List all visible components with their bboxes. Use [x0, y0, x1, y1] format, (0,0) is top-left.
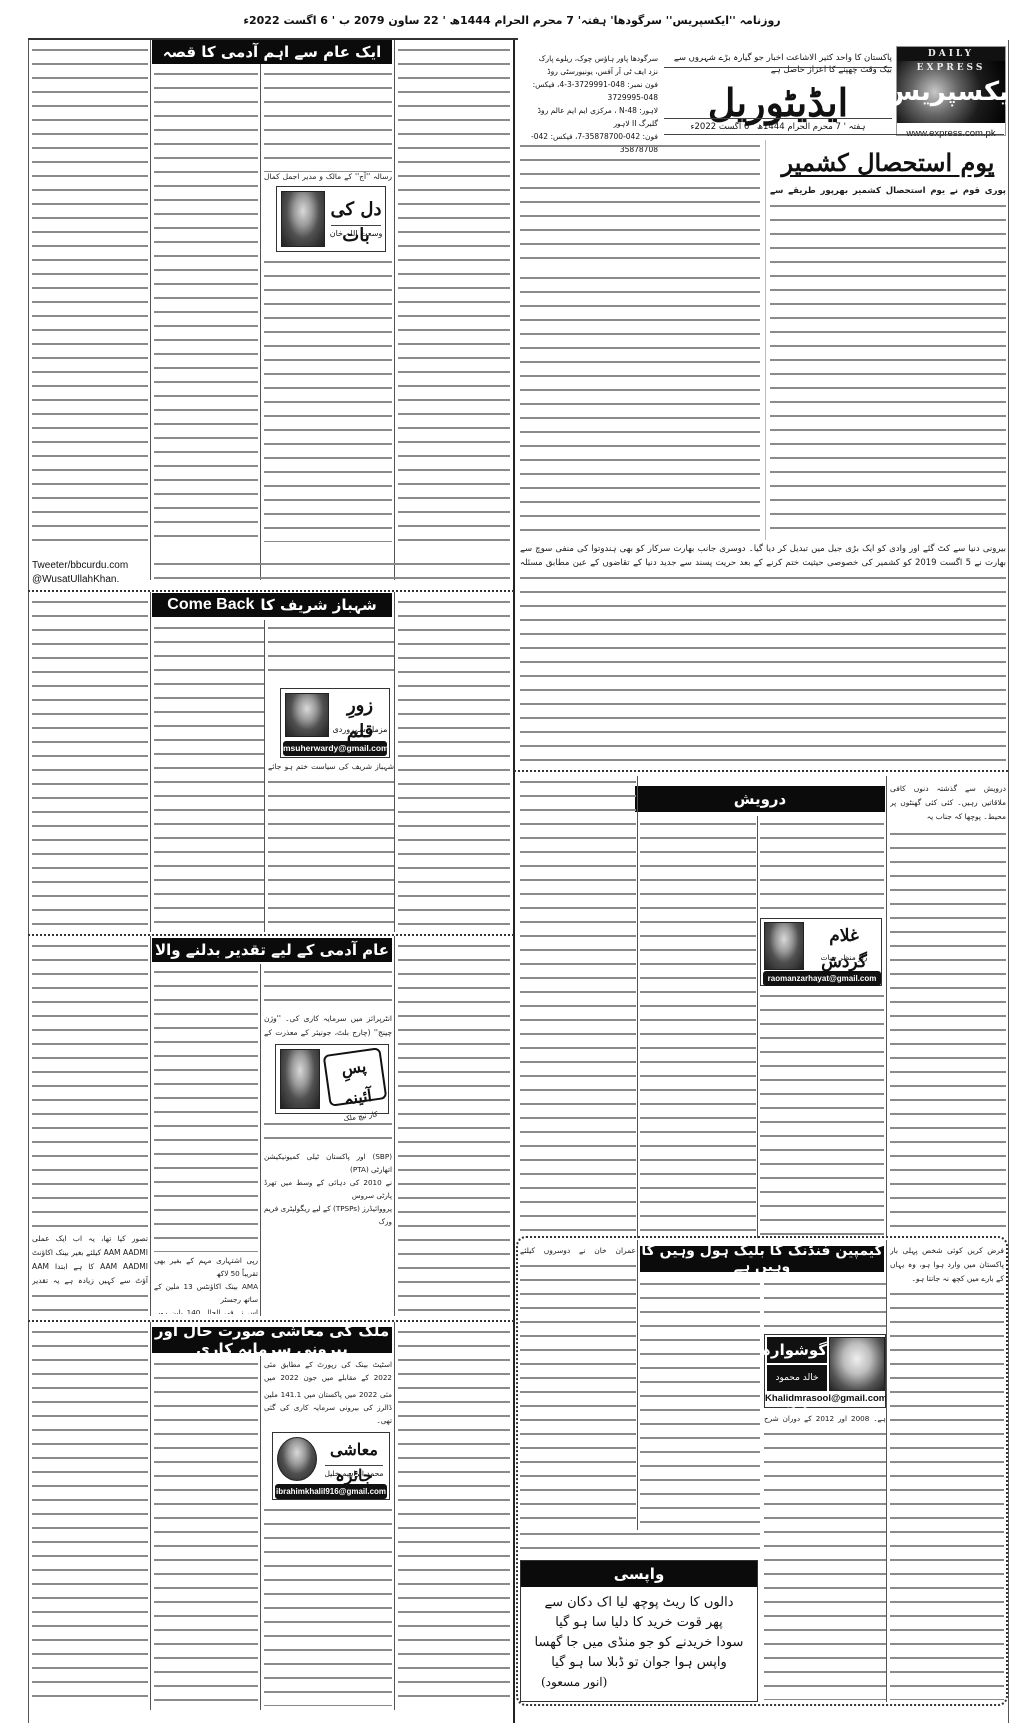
columnist-box: غلام گردش راؤ منظر حیات raomanzarhayat@g…	[760, 918, 882, 986]
columnist-name: محمد ابراہیم خلیل	[321, 1469, 387, 1478]
column-text	[264, 68, 392, 172]
headline-banner: عام آدمی کے لیے تقدیر بدلنے والا	[152, 938, 392, 962]
columnist-box: معاشی جائزہ محمد ابراہیم خلیل ibrahimkha…	[272, 1432, 390, 1500]
columnist-name: وسعت اللہ خان	[327, 229, 385, 238]
office-line: سرگودھا پاور ہاؤس چوک، ریلوے پارک	[520, 52, 658, 65]
section-divider	[28, 934, 514, 936]
column-text	[32, 1290, 148, 1316]
columnist-photo	[764, 922, 804, 970]
column-text	[268, 776, 394, 930]
col-rule	[637, 1240, 638, 1530]
columnist-email[interactable]: Khalidmrasool@gmail.com	[765, 1393, 885, 1404]
section-divider	[28, 590, 514, 592]
column-text	[520, 1260, 636, 1528]
column-text	[32, 940, 148, 1236]
office-line: نزد ایف ٹی آر آفس، یونیورسٹی روڈ	[520, 65, 658, 78]
column-text	[890, 1288, 1004, 1700]
office-line: فون نمبر: 048-3729991-3-4، فیکس: 048-372…	[520, 78, 658, 104]
column-snippet: شہباز شریف کی سیاست ختم ہو جائے گی وہ نا…	[268, 760, 394, 774]
column-name: پسِ آئینہ	[325, 1049, 387, 1116]
column-text	[154, 966, 258, 1252]
section-divider	[514, 770, 1008, 772]
column-text	[264, 1504, 392, 1706]
logo-url[interactable]: www.express.com.pk	[896, 126, 1006, 139]
column-name: گوشوارہ	[767, 1337, 827, 1363]
office-line: لاہور: 48-N ، مرکزی ایم ایم عالم روڈ گلب…	[520, 104, 658, 130]
column-text	[264, 256, 392, 542]
col-rule-3	[394, 40, 395, 580]
columnist-photo	[280, 1049, 320, 1109]
twitter-line-1[interactable]: Tweeter/bbcurdu.com	[32, 560, 148, 571]
column-snippet: انٹرپرائز میں سرمایہ کاری کی۔ ''وژن چینج…	[264, 1012, 392, 1042]
headline-banner: کیمپین فنڈنگ کا بلیک ہول وہیں کا وہیں ہے	[640, 1246, 884, 1272]
column-text	[760, 818, 884, 914]
facts-list: (SBP) اور پاکستان ٹیلی کمیونیکیشن اتھارٹ…	[264, 1150, 392, 1250]
column-text	[640, 1278, 760, 1528]
poem-line: پھر قوت خرید کا دلیا سا ہو گیا	[521, 1613, 757, 1633]
column-text	[520, 1528, 760, 1556]
col-rule	[886, 776, 887, 1238]
column-text	[398, 44, 510, 542]
facts-list: رپی اشتہاری مہم کے بغیر بھی تقریباً 50 ل…	[154, 1254, 258, 1314]
headline-banner: درویش	[635, 786, 885, 812]
column-text	[398, 1326, 510, 1706]
column-text	[268, 622, 394, 682]
columnist-name: خالد محمود رسول	[767, 1365, 827, 1391]
column-name: زورِ قلم	[331, 693, 389, 745]
columnist-photo	[281, 191, 325, 247]
column-name-rule	[325, 1465, 383, 1466]
side-text-line: آؤٹ سے کہیں زیادہ ہے یہ تقدیر بدلنے والا…	[32, 1274, 148, 1288]
headline-banner: ملک کی معاشی صورت حال اور بیرونی سرمایہ …	[152, 1327, 392, 1353]
column-text	[264, 1118, 392, 1148]
headline-english-part: Come Back	[167, 596, 254, 614]
column-text	[398, 940, 510, 1314]
column-name: دل کی بات	[327, 197, 385, 249]
col-rule	[264, 620, 265, 932]
side-text-line: AAM AADMI کیلئے بغیر بینک اکاؤنٹ اور اس …	[32, 1246, 148, 1260]
columnist-box: پسِ آئینہ کار نیچ ملک	[275, 1044, 389, 1114]
editorial-lead: پوری قوم نے یوم استحصال کشمیر بھرپور طری…	[770, 184, 1006, 198]
col-rule	[394, 936, 395, 1316]
col-rule	[260, 1356, 261, 1710]
masthead-bottom-rule	[664, 134, 1004, 135]
col-rule	[394, 1322, 395, 1710]
column-snippet: درویش سے گذشتہ دنوں کافی ملاقاتیں رہیں۔ …	[890, 782, 1006, 826]
col-rule	[757, 816, 758, 1238]
editorial-body-col-right	[770, 200, 1006, 540]
editorial-col-divider	[765, 140, 766, 540]
newspaper-logo: DAILY EXPRESS ایکسپریس	[896, 46, 1006, 136]
col-rule	[394, 592, 395, 932]
title-rule	[664, 118, 892, 119]
editorial-paragraph: بھارت نے 5 اگست 2019 کو کشمیر کی خصوصی ح…	[520, 556, 1006, 570]
poem-line: سودا خریدنے کو جو منڈی میں جا گھسا	[521, 1633, 757, 1653]
column-dates-line: ہے۔ 2008 اور 2012 کے دوران شرح مبادلہ	[764, 1412, 886, 1426]
column-text	[520, 776, 636, 1236]
side-text-line: AAM AADMI کا ہے ابتدا AAM AADMI کیلئے AM…	[32, 1260, 148, 1274]
col-rule	[886, 1240, 887, 1702]
columnist-box: زورِ قلم مزمل سہروردی msuherwardy@gmail.…	[280, 688, 390, 758]
col-rule	[150, 1322, 151, 1710]
poem-author: (انور مسعود)	[521, 1673, 757, 1691]
col-rule-2	[260, 40, 261, 580]
masthead-tagline: پاکستان کا واحد کثیر الاشاعت اخبار جو گی…	[664, 52, 892, 76]
fact-line: (SBP) اور پاکستان ٹیلی کمیونیکیشن اتھارٹ…	[264, 1150, 392, 1176]
column-name: معاشی جائزہ	[321, 1437, 387, 1489]
columnist-photo	[285, 693, 329, 737]
column-snippet: رسالہ ''آج'' کے مالک و مدیر اجمل کمال کے	[264, 170, 392, 184]
columnist-photo	[277, 1437, 317, 1481]
fact-line: پرووائیڈرز (TPSPs) کے لیے ریگولیٹری فریم…	[264, 1202, 392, 1228]
column-text	[890, 828, 1006, 1236]
poem-line: دالوں کا ریٹ پوچھ لیا اک دکان سے	[521, 1593, 757, 1613]
editorial-paragraph: بیرونی دنیا سے کٹ گئے اور وادی کو ایک بڑ…	[520, 542, 1006, 556]
column-logo-frame: پسِ آئینہ کار نیچ ملک	[323, 1047, 388, 1107]
col-rule	[260, 964, 261, 1316]
editorial-intro-column	[520, 140, 760, 270]
col-rule-1	[150, 40, 151, 580]
editorial-title: یوم استحصال کشمیر	[770, 148, 1006, 177]
column-text	[154, 68, 258, 542]
columnist-name: مزمل سہروردی	[331, 725, 389, 734]
column-text	[398, 596, 510, 930]
col-rule	[637, 776, 638, 1238]
fact-line: نے 2010 کی دہائی کے وسط میں تھرڈ پارٹی س…	[264, 1176, 392, 1202]
columnist-name: راؤ منظر حیات	[807, 953, 881, 962]
columnist-photo	[829, 1337, 885, 1391]
column-text	[32, 1326, 148, 1706]
right-edge-rule	[1008, 40, 1009, 1723]
column-text	[640, 818, 756, 1236]
headline-urdu-part: شہباز شریف کا	[260, 596, 376, 614]
side-text-line: تصور کیا تھا، یہ اب ایک عملی ''حقیقت'' ب…	[32, 1232, 148, 1246]
columnist-email[interactable]: msuherwardy@gmail.com	[283, 741, 387, 756]
column-text	[154, 622, 264, 930]
page-date: ہفتہ ' 7 محرم الحرام 1444ھ ' 6 اگست 2022…	[664, 121, 892, 133]
editorial-body-col-mid	[520, 272, 760, 540]
fact-line: AMA بینک اکاؤنٹس 13 ملین کے ساتھ رجسٹر	[154, 1280, 258, 1306]
col-rule	[150, 936, 151, 1316]
col-rule	[150, 592, 151, 932]
tagline-rule	[664, 67, 892, 68]
columnist-email[interactable]: ibrahimkhalil916@gmail.com	[275, 1484, 387, 1499]
headline-banner: شہباز شریف کا Come Back	[152, 593, 392, 617]
columnist-email[interactable]: raomanzarhayat@gmail.com	[763, 971, 881, 986]
column-text	[154, 1358, 258, 1706]
fact-line: اس نے فی الحال 140 بلین روپے سے زیادہ کی	[154, 1306, 258, 1314]
twitter-handle[interactable]: @WusatUllahKhan.	[32, 574, 148, 585]
column-text	[32, 44, 148, 542]
column-snippet: اسٹیٹ بینک کی رپورٹ کے مطابق مئی 2022 کے…	[264, 1358, 392, 1386]
poem-title: واپسی	[521, 1561, 757, 1587]
columnist-box: دل کی بات وسعت اللہ خان	[276, 186, 386, 252]
masthead-date-line: روزنامہ ''ایکسپریس'' سرگودھا' ہفتہ' 7 مح…	[0, 14, 1024, 27]
column-text	[154, 558, 510, 586]
side-snippet: عمران خان نے دوسروں کیلئے معیارات کا جو	[520, 1244, 636, 1258]
poem-box: واپسی دالوں کا ریٹ پوچھ لیا اک دکان سے پ…	[520, 1560, 758, 1702]
column-text	[32, 596, 148, 930]
columnist-box: گوشوارہ خالد محمود رسول Khalidmrasool@gm…	[764, 1334, 886, 1408]
column-snippet: فرض کریں کوئی شخص پہلی بار پاکستان میں و…	[890, 1244, 1004, 1286]
column-text	[764, 1278, 886, 1330]
column-text	[760, 990, 884, 1236]
center-column-rule	[513, 40, 515, 1723]
editorial-body-continued	[520, 572, 1006, 768]
short-para: رپی اشتہاری مہم کے بغیر بھی تقریباً 50 ل…	[154, 1254, 258, 1280]
poem-line: واپس ہوا جوان تو ڈبلا سا ہو گیا	[521, 1653, 757, 1673]
left-edge-rule	[28, 40, 29, 1723]
logo-top-text: DAILY EXPRESS	[897, 47, 1005, 61]
column-name: غلام گردش	[807, 923, 881, 975]
column-text	[264, 966, 392, 1010]
column-figures: مئی 2022 میں پاکستان میں 141.1 ملین ڈالر…	[264, 1388, 392, 1430]
headline-banner: ایک عام سے اہم آدمی کا قصہ	[152, 40, 392, 64]
column-name-rule	[331, 225, 381, 226]
column-text	[764, 1428, 886, 1700]
